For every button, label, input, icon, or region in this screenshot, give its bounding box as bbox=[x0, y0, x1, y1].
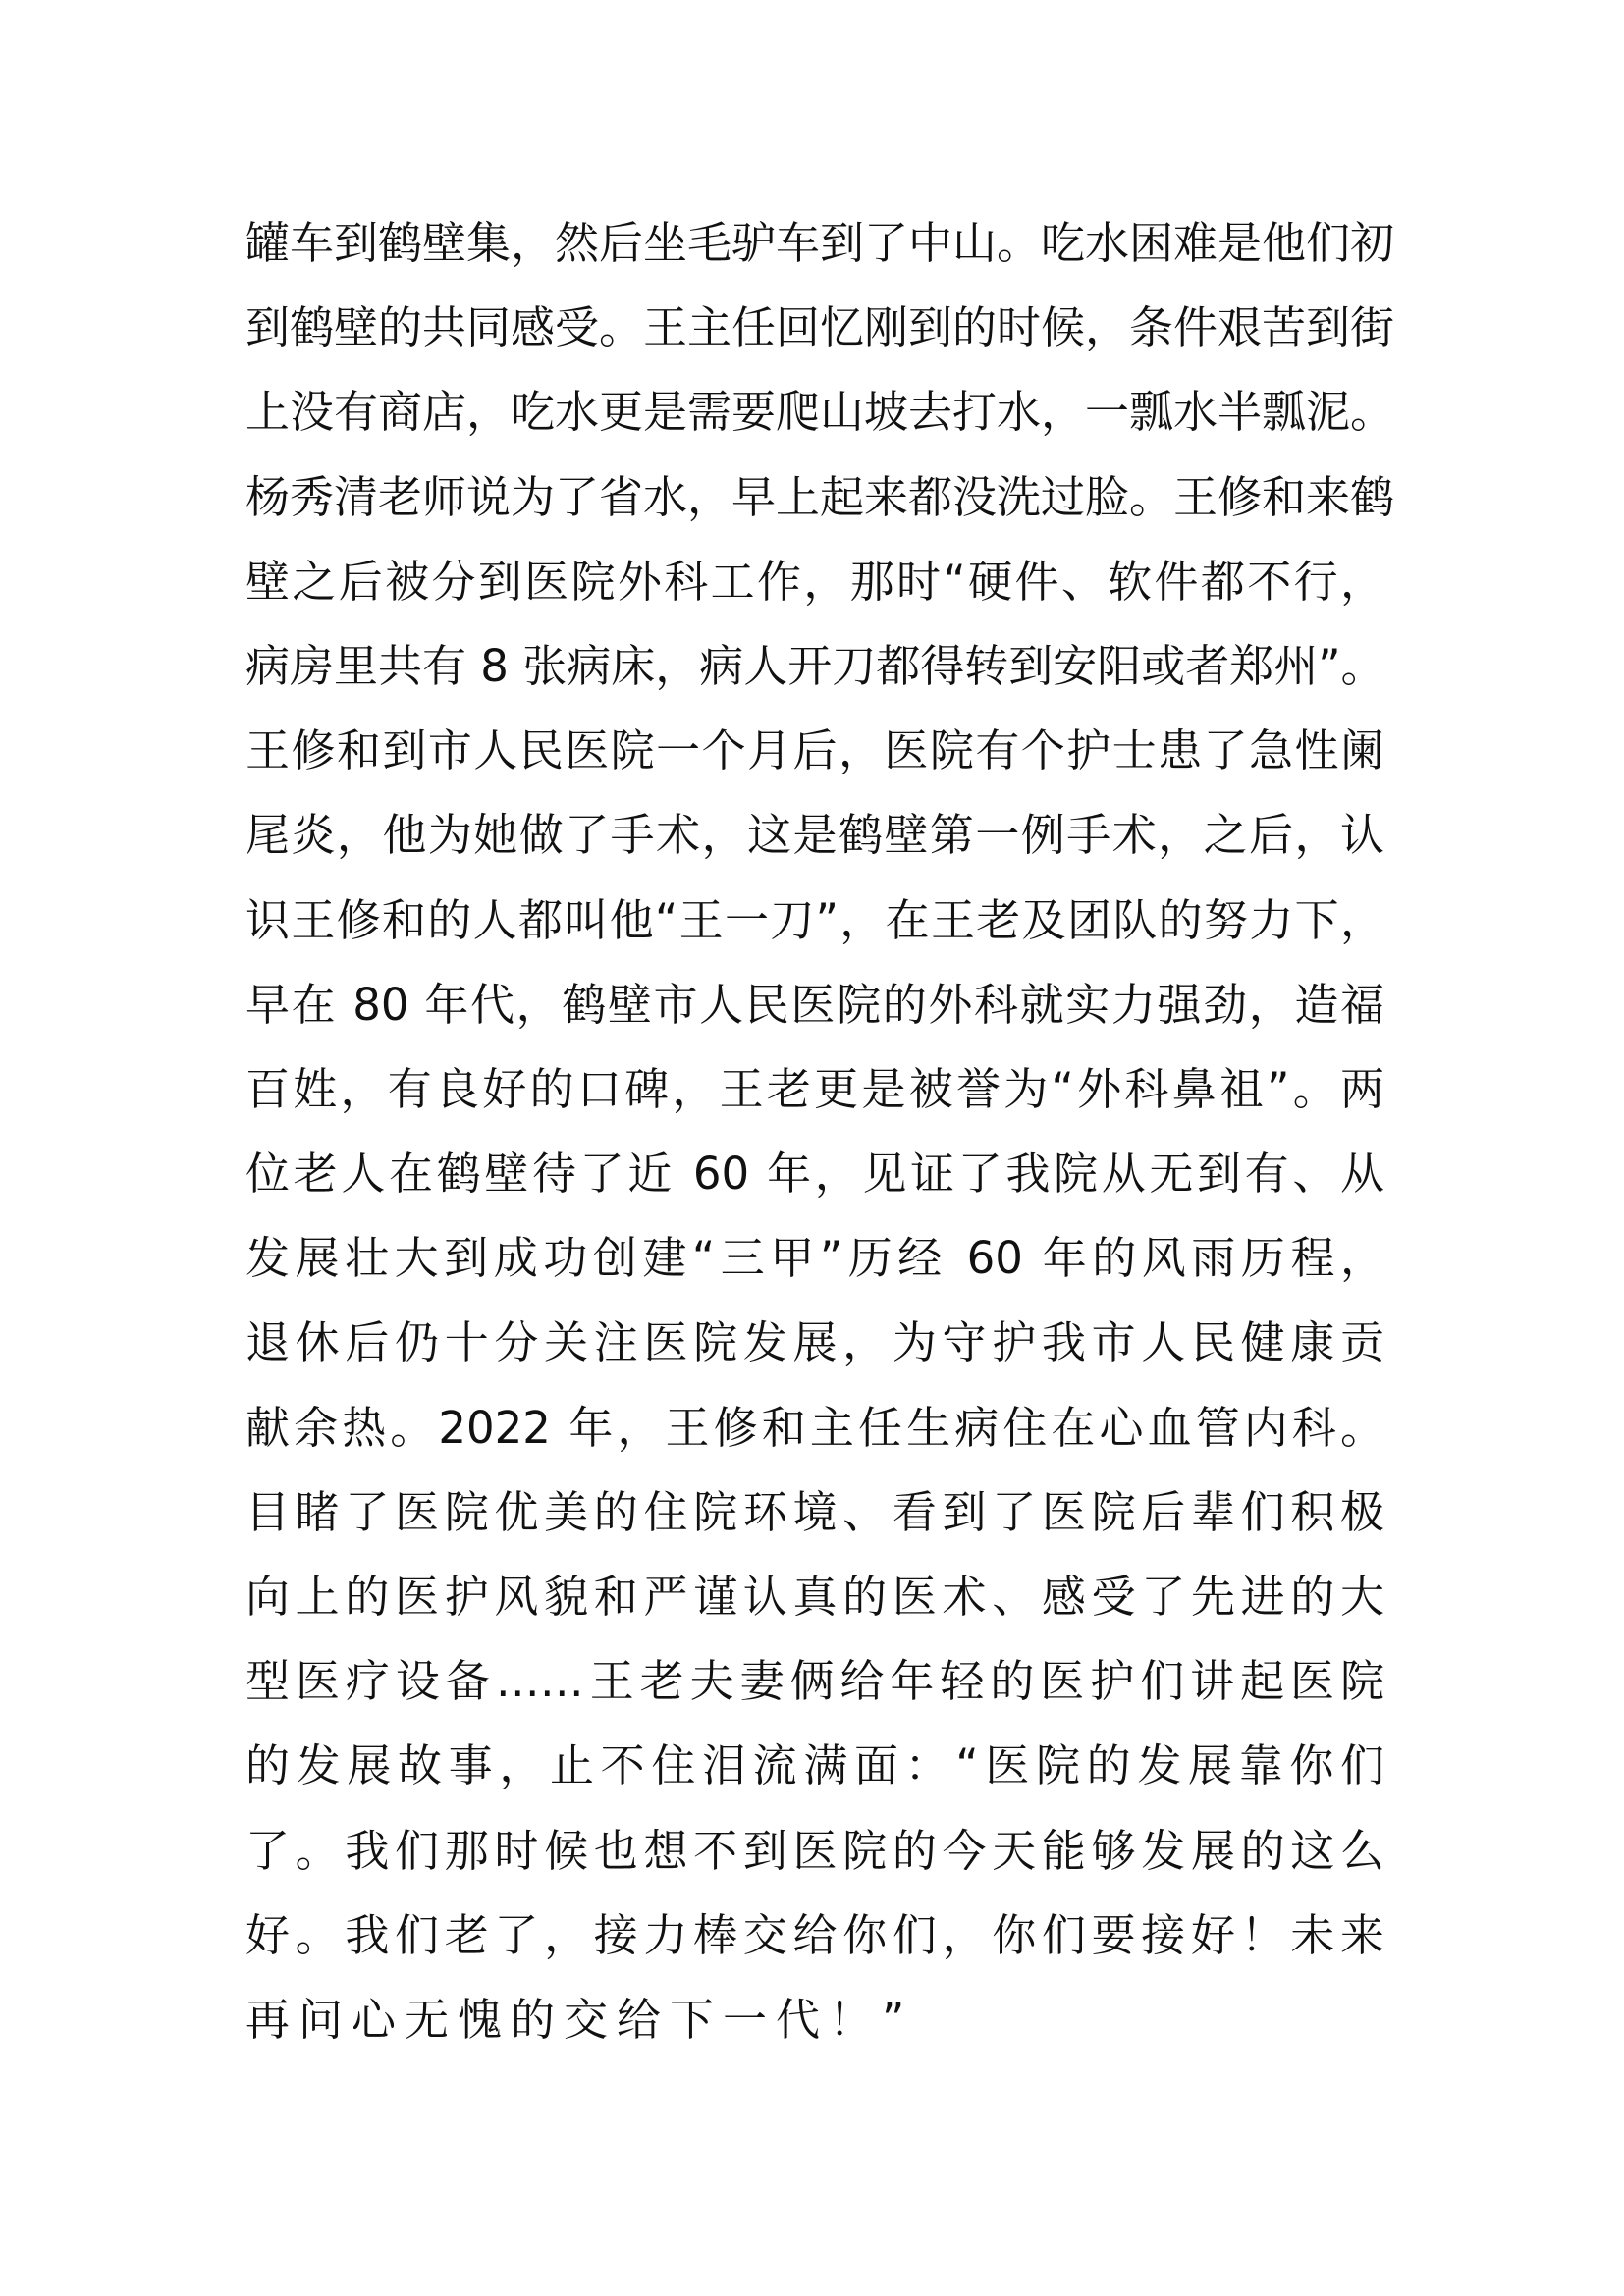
text-line: 退休后仍十分关注医院发展，为守护我市人民健康贡 bbox=[245, 1301, 1384, 1385]
text-line: 尾炎，他为她做了手术，这是鹤壁第一例手术，之后，认 bbox=[245, 793, 1384, 878]
text-line: 位老人在鹤壁待了近 60 年，见证了我院从无到有、从 bbox=[245, 1132, 1384, 1216]
text-line: 好。我们老了，接力棒交给你们，你们要接好！未来 bbox=[245, 1894, 1384, 1978]
text-line: 上没有商店，吃水更是需要爬山坡去打水，一瓢水半瓢泥。 bbox=[245, 370, 1384, 454]
text-line-final: 再问心无愧的交给下一代！” bbox=[245, 1978, 1384, 2062]
text-line: 的发展故事，止不住泪流满面：“医院的发展靠你们 bbox=[245, 1724, 1384, 1808]
document-page: 罐车到鹤壁集，然后坐毛驴车到了中山。吃水困难是他们初 到鹤壁的共同感受。王主任回… bbox=[0, 0, 1624, 2296]
text-line: 发展壮大到成功创建“三甲”历经 60 年的风雨历程， bbox=[245, 1216, 1384, 1301]
text-line: 百姓，有良好的口碑，王老更是被誉为“外科鼻祖”。两 bbox=[245, 1047, 1384, 1132]
text-line: 了。我们那时候也想不到医院的今天能够发展的这么 bbox=[245, 1809, 1384, 1894]
text-line: 王修和到市人民医院一个月后，医院有个护士患了急性阑 bbox=[245, 709, 1384, 793]
text-line: 目睹了医院优美的住院环境、看到了医院后辈们积极 bbox=[245, 1470, 1384, 1555]
body-paragraph: 罐车到鹤壁集，然后坐毛驴车到了中山。吃水困难是他们初 到鹤壁的共同感受。王主任回… bbox=[245, 201, 1384, 2062]
text-line: 杨秀清老师说为了省水，早上起来都没洗过脸。王修和来鹤 bbox=[245, 455, 1384, 540]
text-line: 到鹤壁的共同感受。王主任回忆刚到的时候，条件艰苦到街 bbox=[245, 286, 1384, 370]
text-line: 壁之后被分到医院外科工作，那时“硬件、软件都不行， bbox=[245, 540, 1384, 624]
text-line: 罐车到鹤壁集，然后坐毛驴车到了中山。吃水困难是他们初 bbox=[245, 201, 1384, 286]
text-line: 早在 80 年代，鹤壁市人民医院的外科就实力强劲，造福 bbox=[245, 963, 1384, 1047]
text-line: 献余热。2022 年，王修和主任生病住在心血管内科。 bbox=[245, 1386, 1384, 1470]
text-line: 病房里共有 8 张病床，病人开刀都得转到安阳或者郑州”。 bbox=[245, 624, 1384, 709]
text-line: 向上的医护风貌和严谨认真的医术、感受了先进的大 bbox=[245, 1555, 1384, 1639]
text-line: 识王修和的人都叫他“王一刀”，在王老及团队的努力下， bbox=[245, 879, 1384, 963]
text-line: 型医疗设备……王老夫妻俩给年轻的医护们讲起医院 bbox=[245, 1639, 1384, 1724]
